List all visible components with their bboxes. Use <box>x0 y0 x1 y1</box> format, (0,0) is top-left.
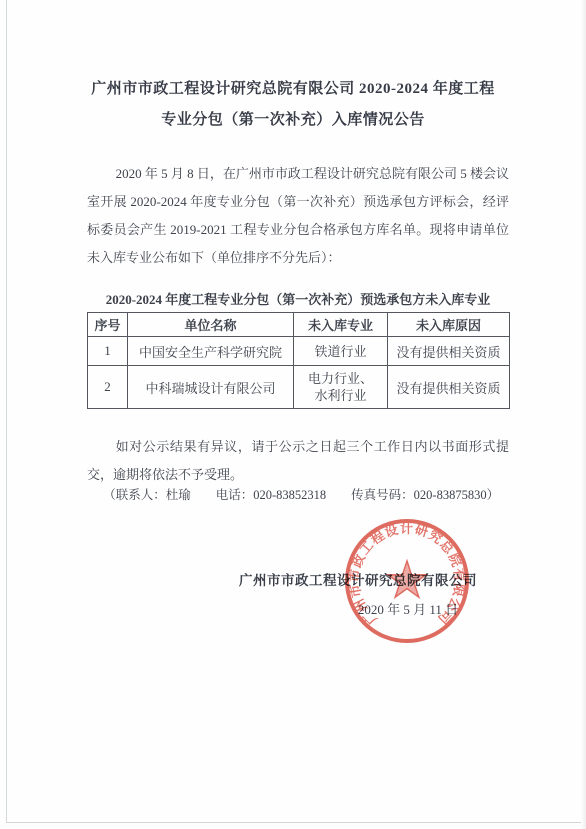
table-caption: 2020-2024 年度工程专业分包（第一次补充）预选承包方未入库专业 <box>87 289 509 308</box>
page-right-edge <box>581 0 586 829</box>
cell-reason: 没有提供相关资质 <box>388 366 510 409</box>
page-left-edge <box>6 0 7 822</box>
official-seal-stamp: 广州市市政工程设计研究总院有限公司 <box>341 515 473 647</box>
document-title-line1: 广州市市政工程设计研究总院有限公司 2020-2024 年度工程 <box>70 74 516 105</box>
cell-serial-no: 2 <box>88 366 128 409</box>
header-unlisted-specialty: 未入库专业 <box>294 313 388 337</box>
body-paragraph-1: 2020 年 5 月 8 日，在广州市市政工程设计研究总院有限公司 5 楼会议室… <box>87 160 509 272</box>
cell-specialty: 铁道行业 <box>294 337 388 366</box>
unlisted-specialties-table: 序号 单位名称 未入库专业 未入库原因 1 中国安全生产科学研究院 铁道行业 没… <box>87 312 510 409</box>
cell-specialty: 电力行业、 水利行业 <box>294 366 388 409</box>
contact-line: （联系人：杜瑜 电话：020-83852318 传真号码：020-8387583… <box>87 483 509 507</box>
header-unit-name: 单位名称 <box>128 313 294 337</box>
document-title-line2: 专业分包（第一次补充）入库情况公告 <box>70 105 516 136</box>
table-row: 1 中国安全生产科学研究院 铁道行业 没有提供相关资质 <box>88 337 510 366</box>
cell-reason: 没有提供相关资质 <box>388 337 510 366</box>
scanned-page: 广州市市政工程设计研究总院有限公司 2020-2024 年度工程 专业分包（第一… <box>0 0 586 829</box>
header-serial-no: 序号 <box>88 313 128 337</box>
cell-serial-no: 1 <box>88 337 128 366</box>
cell-unit-name: 中科瑞城设计有限公司 <box>128 366 294 409</box>
star-icon <box>388 561 426 597</box>
header-unlisted-reason: 未入库原因 <box>388 313 510 337</box>
table-row: 2 中科瑞城设计有限公司 电力行业、 水利行业 没有提供相关资质 <box>88 366 510 409</box>
body-paragraph-2: 如对公示结果有异议，请于公示之日起三个工作日内以书面形式提交，逾期将依法不予受理… <box>87 433 509 489</box>
page-bottom-edge <box>6 822 581 823</box>
table-header-row: 序号 单位名称 未入库专业 未入库原因 <box>88 313 510 337</box>
document-title: 广州市市政工程设计研究总院有限公司 2020-2024 年度工程 专业分包（第一… <box>70 74 516 136</box>
cell-unit-name: 中国安全生产科学研究院 <box>128 337 294 366</box>
